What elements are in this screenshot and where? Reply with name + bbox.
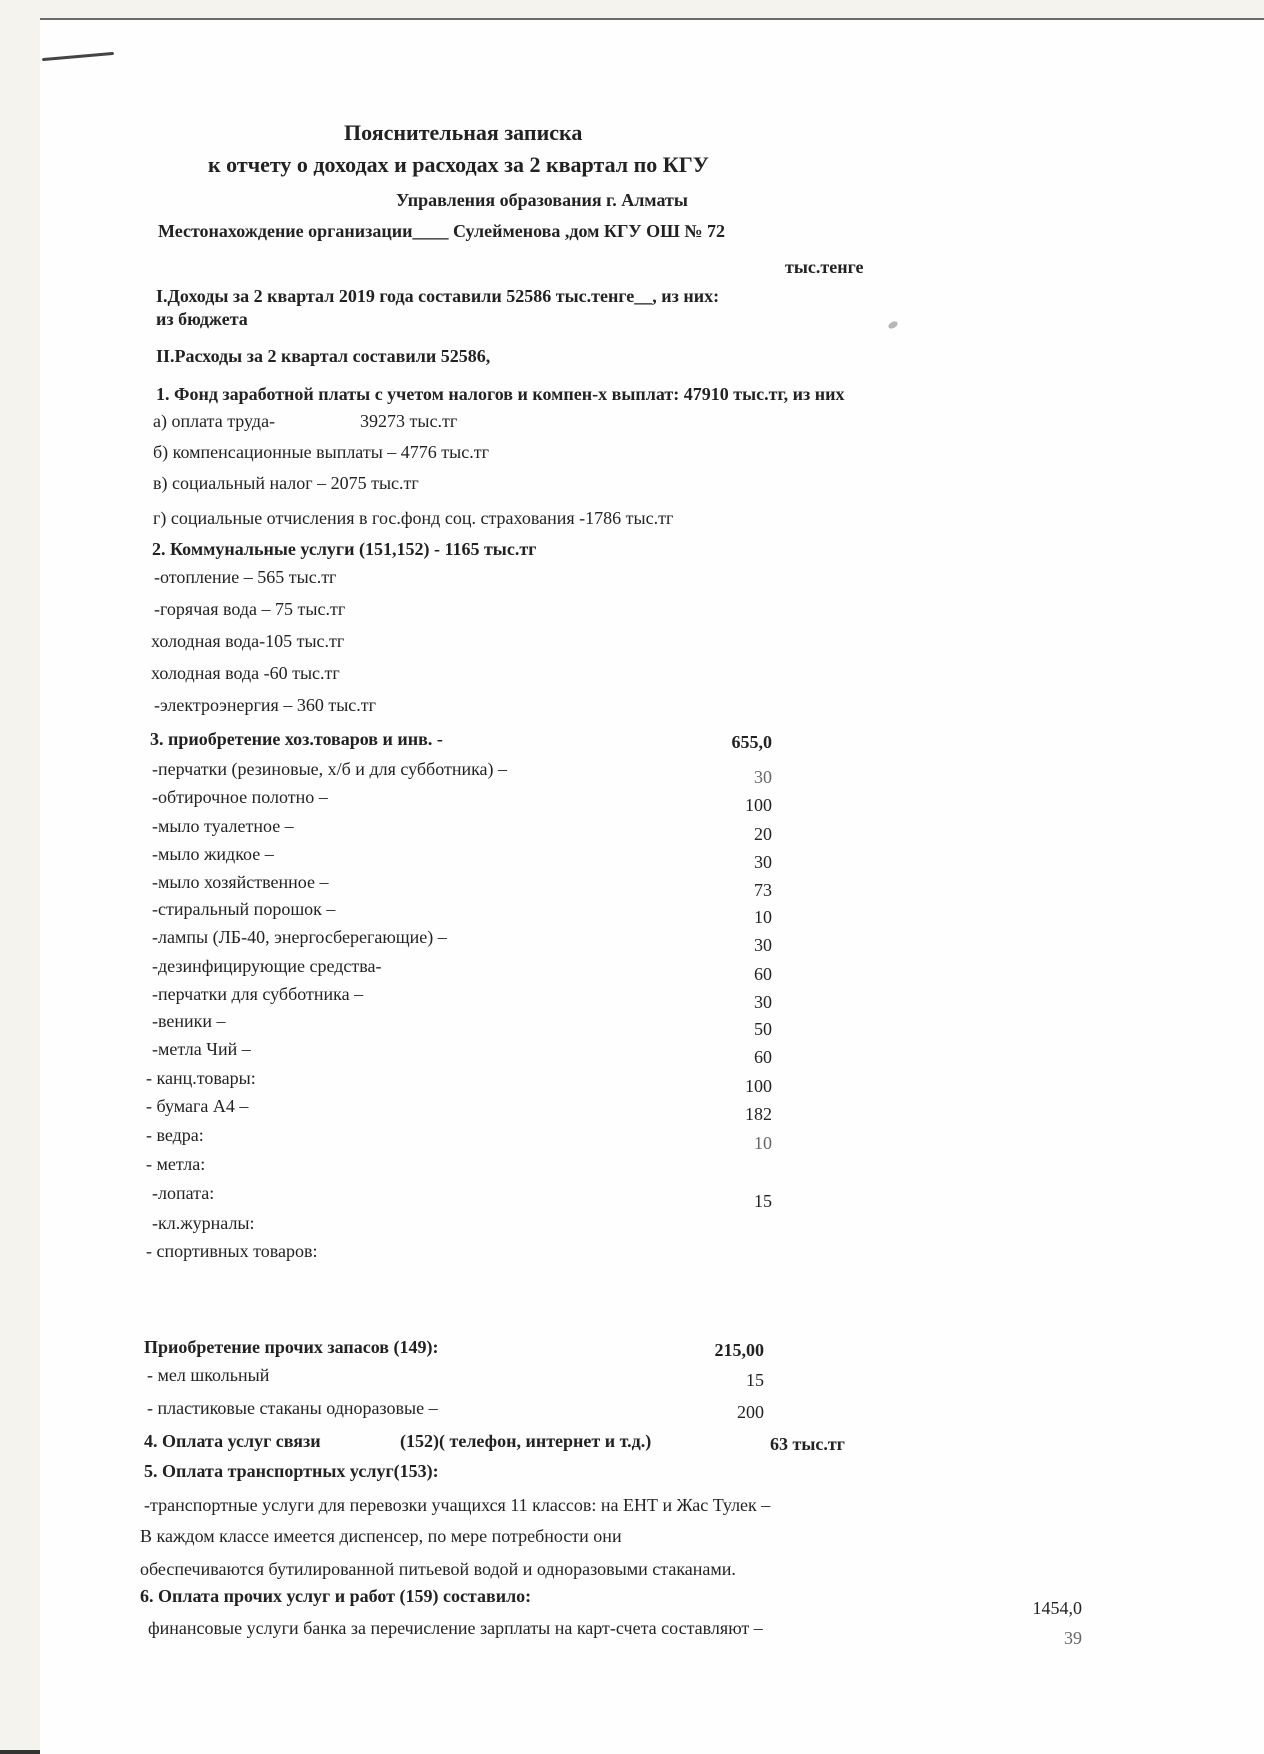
- payroll-item: в) социальный налог – 2075 тыс.тг: [153, 472, 419, 494]
- expenses-line: II.Расходы за 2 квартал составили 52586,: [156, 345, 490, 367]
- supply-item-value: 10: [692, 1132, 772, 1154]
- supply-item-label: -лампы (ЛБ-40, энергосберегающие) –: [152, 926, 447, 948]
- transport-line: В каждом классе имеется диспенсер, по ме…: [140, 1525, 622, 1547]
- payroll-heading: 1. Фонд заработной платы с учетом налого…: [156, 383, 844, 405]
- utilities-heading: 2. Коммунальные услуги (151,152) - 1165 …: [152, 538, 536, 560]
- utility-item: холодная вода-105 тыс.тг: [151, 630, 344, 652]
- supplies-heading: 3. приобретение хоз.товаров и инв. -: [150, 728, 443, 750]
- supply-item-value: 182: [692, 1103, 772, 1125]
- payroll-item-value: 39273 тыс.тг: [360, 410, 457, 432]
- communication-detail: (152)( телефон, интернет и т.д.): [400, 1430, 651, 1452]
- supply-item-value: 20: [692, 823, 772, 845]
- supply-item-value: 30: [692, 934, 772, 956]
- supply-item-label: -обтирочное полотно –: [152, 786, 328, 808]
- scan-artifact: [0, 1750, 40, 1754]
- income-line: I.Доходы за 2 квартал 2019 года составил…: [156, 285, 719, 307]
- communication-heading: 4. Оплата услуг связи: [144, 1430, 321, 1452]
- transport-heading: 5. Оплата транспортных услуг(153):: [144, 1460, 439, 1482]
- supply-item-label: -мыло жидкое –: [152, 843, 274, 865]
- doc-title: Пояснительная записка: [344, 122, 582, 144]
- supply-item-value: 60: [692, 1046, 772, 1068]
- supply-item-value: 30: [692, 991, 772, 1013]
- other-services-item-value: 39: [1002, 1627, 1082, 1649]
- other-services-item-label: финансовые услуги банка за перечисление …: [148, 1617, 763, 1639]
- other-stock-total: 215,00: [684, 1339, 764, 1361]
- transport-line: -транспортные услуги для перевозки учащи…: [144, 1494, 770, 1516]
- supply-item-value: 15: [692, 1190, 772, 1212]
- supply-item-label: -мыло хозяйственное –: [152, 871, 329, 893]
- supply-item-value: 60: [692, 963, 772, 985]
- income-source: из бюджета: [156, 308, 248, 330]
- other-stock-item-label: - пластиковые стаканы одноразовые –: [147, 1397, 438, 1419]
- utility-item: холодная вода -60 тыс.тг: [151, 662, 340, 684]
- supply-item-label: -лопата:: [152, 1182, 214, 1204]
- other-stock-heading: Приобретение прочих запасов (149):: [144, 1336, 439, 1358]
- payroll-item: б) компенсационные выплаты – 4776 тыс.тг: [153, 441, 489, 463]
- payroll-item: г) социальные отчисления в гос.фонд соц.…: [153, 507, 673, 529]
- supply-item-value: 30: [692, 766, 772, 788]
- location: Местонахождение организации____ Сулеймен…: [158, 220, 725, 242]
- supply-item-value: 50: [692, 1018, 772, 1040]
- supply-item-label: -метла Чий –: [152, 1038, 251, 1060]
- supply-item-value: 100: [692, 1075, 772, 1097]
- other-services-heading: 6. Оплата прочих услуг и работ (159) сос…: [140, 1585, 531, 1607]
- doc-subtitle: к отчету о доходах и расходах за 2 кварт…: [208, 154, 709, 176]
- supply-item-label: - канц.товары:: [146, 1067, 256, 1089]
- other-services-total: 1454,0: [1002, 1597, 1082, 1619]
- supply-item-label: - спортивных товаров:: [146, 1240, 317, 1262]
- utility-item: -горячая вода – 75 тыс.тг: [154, 598, 345, 620]
- supply-item-label: -веники –: [152, 1010, 226, 1032]
- supply-item-value: 30: [692, 851, 772, 873]
- other-stock-item-label: - мел школьный: [147, 1364, 269, 1386]
- supply-item-value: 10: [692, 906, 772, 928]
- supply-item-label: -перчатки для субботника –: [152, 983, 363, 1005]
- communication-value: 63 тыс.тг: [770, 1433, 845, 1455]
- utility-item: -электроэнергия – 360 тыс.тг: [154, 694, 376, 716]
- utility-item: -отопление – 565 тыс.тг: [154, 566, 336, 588]
- supply-item-label: - метла:: [146, 1153, 205, 1175]
- supply-item-label: - бумага А4 –: [146, 1095, 248, 1117]
- units-label: тыс.тенге: [785, 256, 864, 278]
- supply-item-value: 73: [692, 879, 772, 901]
- supply-item-label: -кл.журналы:: [152, 1212, 255, 1234]
- supply-item-label: -мыло туалетное –: [152, 815, 294, 837]
- supply-item-label: -дезинфицирующие средства-: [152, 955, 382, 977]
- supply-item-label: -стиральный порошок –: [152, 898, 335, 920]
- payroll-item-label: а) оплата труда-: [153, 410, 275, 432]
- transport-line: обеспечиваются бутилированной питьевой в…: [140, 1558, 736, 1580]
- supply-item-value: 100: [692, 794, 772, 816]
- other-stock-item-value: 200: [684, 1401, 764, 1423]
- supply-item-label: -перчатки (резиновые, х/б и для субботни…: [152, 758, 507, 780]
- other-stock-item-value: 15: [684, 1369, 764, 1391]
- supply-item-label: - ведра:: [146, 1124, 204, 1146]
- organization: Управления образования г. Алматы: [396, 189, 688, 211]
- supplies-total: 655,0: [692, 731, 772, 753]
